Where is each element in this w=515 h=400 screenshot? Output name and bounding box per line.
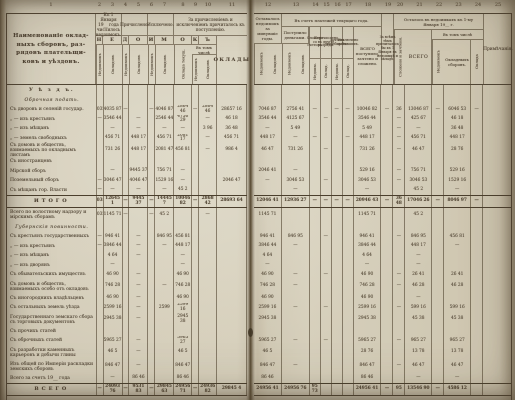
- table-cell: [343, 303, 354, 313]
- table-cell: [381, 232, 393, 242]
- table-cell: [97, 251, 104, 261]
- table-cell: 46 47: [405, 143, 432, 157]
- table-cell: —: [199, 143, 217, 157]
- table-cell: [471, 157, 483, 167]
- table-cell: [282, 374, 310, 384]
- left-page-body: У ѣ з д ъ.Оброчная подать.Съ дворовъ и с…: [7, 85, 247, 396]
- table-cell: [97, 346, 104, 360]
- table-row: „ — изъ мѣщанъ————3 9636 48: [7, 124, 247, 134]
- table-cell: [432, 115, 444, 125]
- table-cell: [192, 115, 199, 125]
- table-cell: [381, 208, 393, 222]
- table-cell: [129, 327, 148, 337]
- okladnyh-sborov-header: Окладныхъ сборовъ.: [444, 40, 471, 84]
- table-cell: [321, 186, 332, 196]
- total-row: 12046 4112936 27————20946 43—36 4817046 …: [254, 195, 511, 208]
- table-cell: 448 17: [129, 143, 148, 157]
- table-cell: —: [444, 242, 471, 252]
- table-cell: 20946 43: [354, 196, 382, 207]
- table-cell: [393, 294, 405, 304]
- table-cell: [471, 360, 483, 374]
- table-cell: 448 17: [444, 134, 471, 144]
- table-cell: [432, 280, 444, 294]
- table-cell: [343, 360, 354, 374]
- table-cell: [148, 261, 155, 271]
- column-number-ruler-right: 1213141516171819202122232425: [0, 1, 515, 10]
- table-cell: [123, 186, 130, 196]
- col13-title: Поступило деньгами.: [282, 27, 309, 44]
- table-cell: [381, 186, 393, 196]
- table-cell: [123, 313, 130, 327]
- table-cell: 46 90: [174, 270, 192, 280]
- table-cell: [97, 270, 104, 280]
- table-cell: [332, 313, 343, 327]
- table-cell: 46 18: [217, 115, 247, 125]
- table-cell: [393, 327, 405, 337]
- table-cell: 45 38: [444, 313, 471, 327]
- header-lower-row: НЕДОИМОКЪ Недоимокъ Окладовъ Недоимокъ О…: [96, 36, 247, 84]
- table-cell: [282, 346, 310, 360]
- table-cell: —: [129, 124, 148, 134]
- table-cell: [123, 242, 130, 252]
- scan-left-edge: [0, 0, 6, 400]
- table-cell: [483, 303, 511, 313]
- table-cell: [217, 313, 247, 327]
- vlabel: Недоимокъ: [96, 45, 103, 84]
- table-cell: [343, 124, 354, 134]
- table-cell: [471, 327, 483, 337]
- row-label: „ — изъ крестьянъ: [7, 242, 97, 252]
- table-cell: [174, 208, 192, 222]
- table-cell: [282, 313, 310, 327]
- table-cell: [393, 186, 405, 196]
- table-cell: [192, 303, 199, 313]
- table-cell: 846 47: [104, 360, 123, 374]
- table-cell: [192, 280, 199, 294]
- table-cell: [192, 360, 199, 374]
- table-row: 746 28—746 28—46 2846 28: [254, 280, 511, 294]
- table-cell: [471, 261, 483, 271]
- oklady-header: ОКЛАДЫ: [217, 36, 247, 84]
- table-cell: 946 41: [104, 232, 123, 242]
- table-cell: [432, 303, 444, 313]
- table-cell: 36 48: [444, 124, 471, 134]
- table-cell: —: [381, 384, 393, 395]
- table-cell: 24956 76: [282, 384, 310, 395]
- table-cell: [343, 251, 354, 261]
- table-cell: [381, 242, 393, 252]
- table-row: [254, 85, 511, 95]
- table-cell: [483, 143, 511, 157]
- table-cell: [148, 374, 155, 384]
- table-cell: [97, 303, 104, 313]
- table-cell: —: [123, 384, 130, 395]
- in-that-number-box: Въ томъ числѣ Недоимокъ Окладовъ: [192, 45, 217, 84]
- table-cell: —: [174, 261, 192, 271]
- table-cell: [483, 280, 511, 294]
- table-cell: [192, 270, 199, 280]
- table-row: Оброчная подать.: [7, 95, 247, 105]
- table-cell: —: [129, 336, 148, 346]
- table-cell: [332, 222, 343, 232]
- table-cell: —: [432, 384, 444, 395]
- table-cell: [123, 261, 130, 271]
- table-cell: 13546 90: [405, 384, 432, 395]
- table-cell: [97, 124, 104, 134]
- table-cell: [104, 222, 123, 232]
- vlabel: Недоим.: [332, 59, 342, 84]
- table-cell: 46 90: [174, 294, 192, 304]
- table-cell: 456 81: [444, 232, 471, 242]
- table-cell: 95 73: [310, 384, 321, 395]
- table-cell: [155, 85, 174, 95]
- table-cell: [217, 157, 247, 167]
- row-label: Съ домовъ и обществъ, взимаемыхъ особо о…: [7, 280, 97, 294]
- table-cell: [483, 157, 511, 167]
- table-cell: —: [192, 384, 199, 395]
- table-row: „ — изъ крестьянъ—3846 44——448 17: [7, 242, 247, 252]
- table-cell: 2599 16: [174, 303, 192, 313]
- left-numeric-header: Къ 1 Января 19__ года числилось недоимок…: [96, 14, 247, 84]
- table-cell: 24936 82: [199, 384, 217, 395]
- table-cell: [123, 232, 130, 242]
- table-cell: [310, 280, 321, 294]
- right-page-body: 7046 872756 41———10046 82—3613046 87—604…: [254, 85, 511, 396]
- table-cell: [97, 336, 104, 346]
- table-cell: [192, 124, 199, 134]
- table-cell: —: [282, 167, 310, 177]
- table-cell: [432, 261, 444, 271]
- table-cell: 4046 87: [155, 105, 174, 115]
- table-cell: 529 16: [354, 167, 382, 177]
- table-cell: 448 17: [174, 242, 192, 252]
- column-number: 25: [495, 1, 501, 9]
- table-cell: [321, 242, 332, 252]
- table-cell: [471, 124, 483, 134]
- row-label: Поземельный сборъ: [7, 176, 97, 186]
- table-cell: —: [405, 124, 432, 134]
- table-cell: [381, 294, 393, 304]
- table-cell: 45 2: [405, 208, 432, 222]
- table-cell: 4 64: [254, 251, 282, 261]
- table-cell: —: [174, 167, 192, 177]
- table-cell: [343, 384, 354, 395]
- table-cell: 946 41: [254, 232, 282, 242]
- table-cell: 3046 53: [354, 176, 382, 186]
- table-cell: [310, 176, 321, 186]
- table-cell: [123, 124, 130, 134]
- ink-blot: [248, 328, 253, 337]
- table-cell: [310, 157, 321, 167]
- small-col-title: Исключено выбывшихъ.: [343, 27, 353, 59]
- table-row: 7046 872756 41———10046 82—3613046 87—604…: [254, 105, 511, 115]
- table-cell: [123, 360, 130, 374]
- table-cell: 46 90: [254, 294, 282, 304]
- table-cell: 5 49: [282, 124, 310, 134]
- column-number: 19: [385, 1, 391, 9]
- row-label: Съ иностранцевъ: [7, 157, 97, 167]
- table-cell: [321, 85, 332, 95]
- table-row: 46 9046 90—: [254, 294, 511, 304]
- col-credited: Зачтено переборовъ. Недоим.: [332, 27, 343, 84]
- table-row: Съ остальныхъ земель уѣзда2599 16—259925…: [7, 303, 247, 313]
- table-cell: [393, 95, 405, 105]
- table-cell: [123, 222, 130, 232]
- table-cell: —: [321, 270, 332, 280]
- spread-letter: К: [192, 36, 199, 44]
- column-number: 16: [334, 1, 340, 9]
- table-cell: [217, 167, 247, 177]
- table-cell: [432, 176, 444, 186]
- table-cell: [192, 294, 199, 304]
- col-net-remainder: За всѣмъ тѣмъ причиталось бы къ 1 Января…: [382, 14, 394, 84]
- table-cell: —: [343, 105, 354, 115]
- table-row: 5965 27——5965 27—965 27965 27: [254, 336, 511, 346]
- spread-letter: М: [155, 36, 174, 44]
- table-cell: [217, 208, 247, 222]
- table-cell: 1529 16: [155, 176, 174, 186]
- col-received-cash: Поступило деньгами. Недоимокъ Окладовъ: [282, 27, 310, 84]
- table-cell: 456 71: [104, 134, 123, 144]
- table-cell: —: [381, 105, 393, 115]
- table-cell: [321, 95, 332, 105]
- table-cell: 1145 71: [354, 208, 382, 222]
- table-cell: [123, 167, 130, 177]
- scanned-ledger-spread: 1234567891011 12131415161718192021222324…: [0, 0, 515, 400]
- table-cell: —: [321, 232, 332, 242]
- table-cell: [155, 374, 174, 384]
- in-that-number-title: Въ томъ числѣ: [432, 30, 483, 40]
- row-label: „ — изъ мѣщанъ: [7, 251, 97, 261]
- col-transferred: Перечислено въ другіе разряды. Оклад.: [321, 27, 332, 84]
- table-cell: [97, 143, 104, 157]
- table-cell: [310, 208, 321, 222]
- column-number: 14: [312, 1, 318, 9]
- table-cell: [332, 232, 343, 242]
- table-cell: [432, 313, 444, 327]
- table-cell: [321, 346, 332, 360]
- table-cell: 24956 41: [354, 384, 382, 395]
- table-cell: 86 46: [129, 374, 148, 384]
- table-cell: 2599 16: [354, 303, 382, 313]
- table-row: Съ дворовъ и селеній государ.40354035 87…: [7, 105, 247, 115]
- table-cell: 5965 27: [354, 336, 382, 346]
- table-cell: [471, 186, 483, 196]
- table-cell: [483, 115, 511, 125]
- table-cell: [148, 251, 155, 261]
- table-cell: [310, 143, 321, 157]
- table-cell: [444, 294, 471, 304]
- table-row: Съ домовъ и обществъ, взимаемыхъ по окла…: [7, 143, 247, 157]
- table-cell: —: [393, 232, 405, 242]
- table-cell: 28693 64: [217, 196, 247, 207]
- row-label: Съ крестьянъ государственныхъ: [7, 232, 97, 242]
- table-cell: 986 4: [217, 143, 247, 157]
- table-cell: —: [97, 384, 104, 395]
- row-label: ВСЕГО: [7, 384, 97, 395]
- table-cell: [282, 222, 310, 232]
- table-cell: 46 47: [405, 360, 432, 374]
- table-cell: [155, 222, 174, 232]
- table-cell: 3046 53: [282, 176, 310, 186]
- table-cell: [155, 157, 174, 167]
- table-cell: 28 76: [444, 143, 471, 157]
- table-cell: 425 67: [405, 115, 432, 125]
- table-cell: 2546 44: [155, 115, 174, 125]
- table-cell: [405, 222, 432, 232]
- table-cell: [381, 261, 393, 271]
- table-cell: [381, 143, 393, 157]
- table-cell: 95: [393, 384, 405, 395]
- table-cell: 846 95: [282, 232, 310, 242]
- vlabel: Оклад.: [343, 59, 353, 84]
- table-cell: [129, 157, 148, 167]
- table-cell: [343, 176, 354, 186]
- table-cell: —: [393, 360, 405, 374]
- table-cell: [123, 327, 130, 337]
- table-cell: [97, 374, 104, 384]
- table-cell: [393, 222, 405, 232]
- table-cell: [310, 124, 321, 134]
- table-cell: [123, 374, 130, 384]
- table-cell: [148, 270, 155, 280]
- table-cell: [471, 242, 483, 252]
- table-cell: —: [310, 134, 321, 144]
- table-cell: [310, 303, 321, 313]
- table-cell: 46 90: [104, 294, 123, 304]
- table-cell: —: [155, 186, 174, 196]
- table-cell: [381, 346, 393, 360]
- column-number: 17: [345, 1, 351, 9]
- table-cell: [199, 95, 217, 105]
- table-cell: [129, 95, 148, 105]
- table-cell: [174, 327, 192, 337]
- table-cell: —: [321, 176, 332, 186]
- table-cell: [217, 360, 247, 374]
- table-cell: —: [123, 196, 130, 207]
- table-cell: [483, 232, 511, 242]
- table-cell: [381, 374, 393, 384]
- column-number: 12: [265, 1, 271, 9]
- table-cell: 599 16: [405, 303, 432, 313]
- table-cell: [483, 167, 511, 177]
- table-cell: [217, 374, 247, 384]
- table-cell: —: [104, 186, 123, 196]
- table-cell: —: [192, 196, 199, 207]
- table-cell: [471, 346, 483, 360]
- table-cell: [471, 313, 483, 327]
- table-cell: —: [97, 232, 104, 242]
- table-cell: —: [148, 105, 155, 115]
- table-cell: [192, 222, 199, 232]
- table-cell: [321, 124, 332, 134]
- table-cell: [332, 374, 343, 384]
- table-cell: [432, 208, 444, 222]
- table-cell: [321, 384, 332, 395]
- table-cell: [155, 336, 174, 346]
- table-cell: [282, 157, 310, 167]
- table-cell: [148, 115, 155, 125]
- vlabel: Недоим.: [310, 59, 320, 84]
- table-cell: [217, 346, 247, 360]
- table-cell: —: [104, 261, 123, 271]
- table-cell: 46 47: [444, 360, 471, 374]
- table-cell: [97, 157, 104, 167]
- table-cell: [123, 270, 130, 280]
- table-cell: [199, 270, 217, 280]
- table-cell: —: [393, 167, 405, 177]
- table-cell: —: [393, 176, 405, 186]
- table-cell: [432, 134, 444, 144]
- table-cell: [343, 157, 354, 167]
- table-cell: [155, 261, 174, 271]
- vlabel: Оклада: [471, 40, 483, 84]
- table-cell: 2046 47: [217, 176, 247, 186]
- table-cell: [343, 346, 354, 360]
- row-label: Съ домовъ и обществъ, взимаемыхъ по окла…: [7, 143, 97, 157]
- header-group-added: Причислено.: [122, 14, 148, 36]
- row-label: „ — изъ крестьянъ: [7, 115, 97, 125]
- table-cell: [483, 124, 511, 134]
- row-label: У ѣ з д ъ.: [7, 85, 97, 95]
- table-cell: 12046 41: [254, 196, 282, 207]
- table-cell: [310, 270, 321, 280]
- table-cell: [381, 222, 393, 232]
- table-cell: [432, 95, 444, 105]
- table-cell: 13 78: [405, 346, 432, 360]
- table-cell: [354, 222, 382, 232]
- table-row: Съ крестьянъ государственныхъ—946 41—846…: [7, 232, 247, 242]
- table-cell: [432, 336, 444, 346]
- table-cell: [199, 374, 217, 384]
- table-cell: 5 49: [354, 124, 382, 134]
- table-cell: [381, 251, 393, 261]
- table-cell: 846 95: [155, 232, 174, 242]
- table-cell: 36 48: [217, 124, 247, 134]
- table-cell: [343, 232, 354, 242]
- table-cell: —: [321, 336, 332, 346]
- table-cell: 448 17: [354, 134, 382, 144]
- table-cell: [393, 251, 405, 261]
- table-cell: [310, 242, 321, 252]
- table-cell: [97, 134, 104, 144]
- table-cell: 456 81: [174, 143, 192, 157]
- table-cell: 86 46: [354, 374, 382, 384]
- table-cell: [310, 336, 321, 346]
- table-cell: [148, 85, 155, 95]
- table-cell: [332, 346, 343, 360]
- table-cell: [483, 313, 511, 327]
- table-row: 448 17———448 17—456 71448 17: [254, 134, 511, 144]
- table-cell: [155, 360, 174, 374]
- vlabel: Недоимокъ: [254, 44, 268, 84]
- table-cell: 3846 44: [254, 242, 282, 252]
- table-cell: [321, 208, 332, 222]
- table-cell: —: [97, 176, 104, 186]
- table-cell: [192, 186, 199, 196]
- row-label: Оброчная подать.: [7, 95, 97, 105]
- table-cell: 9531 83: [129, 384, 148, 395]
- table-cell: 46 90: [104, 270, 123, 280]
- table-cell: [471, 134, 483, 144]
- table-cell: [483, 294, 511, 304]
- table-cell: [282, 85, 310, 95]
- table-row: 3546 444125 67—3546 44—425 6746 18: [254, 115, 511, 125]
- table-cell: 45 2: [174, 186, 192, 196]
- table-cell: [483, 327, 511, 337]
- table-cell: [199, 251, 217, 261]
- table-cell: 2599 16: [254, 303, 282, 313]
